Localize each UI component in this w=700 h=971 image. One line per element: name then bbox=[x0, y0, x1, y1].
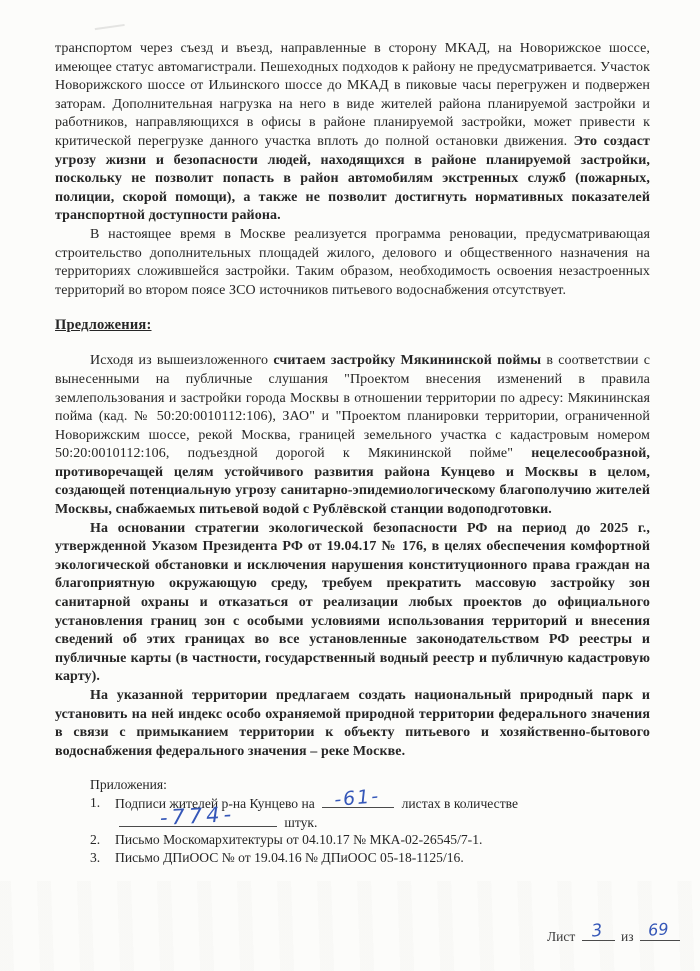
attachment-number: 3. bbox=[90, 849, 100, 867]
page-number-footer: Лист 3 из 69 bbox=[547, 928, 680, 945]
sheet-number-blank: 3 bbox=[582, 928, 615, 941]
attachment-number: 2. bbox=[90, 831, 100, 849]
attachment-item-dpioos-letter: 3. Письмо ДПиООС № от 19.04.16 № ДПиООС … bbox=[55, 849, 650, 867]
attachment-text-mid: листах в количестве bbox=[402, 796, 518, 811]
of-label: из bbox=[621, 929, 634, 944]
document-body: транспортом через съезд и въезд, направл… bbox=[55, 40, 650, 866]
attachment-item-signatures: 1. Подписи жителей р-на Кунцево на -61- … bbox=[55, 794, 650, 831]
paragraph-development-unreasonable: Исходя из вышеизложенного считаем застро… bbox=[55, 352, 650, 519]
paragraph-national-park-proposal: На указанной территории предлагаем созда… bbox=[55, 687, 650, 761]
paragraph-renovation-program: В настоящее время в Москве реализуется п… bbox=[55, 226, 650, 300]
paragraph-transport-load: транспортом через съезд и въезд, направл… bbox=[55, 40, 650, 226]
scanned-document-page: транспортом через съезд и въезд, направл… bbox=[0, 0, 700, 971]
scan-artifact-mark bbox=[95, 24, 126, 34]
sheet-number-handwritten: 3 bbox=[591, 921, 604, 942]
attachment-text: Письмо Москомархитектуры от 04.10.17 № М… bbox=[115, 832, 482, 847]
attachments-section: Приложения: 1. Подписи жителей р-на Кунц… bbox=[55, 776, 650, 866]
attachment-number: 1. bbox=[90, 794, 100, 812]
total-sheets-blank: 69 bbox=[640, 928, 680, 941]
signatures-count-handwritten: -774- bbox=[160, 806, 236, 828]
section-heading-proposals: Предложения: bbox=[55, 316, 650, 335]
attachment-text-post: штук. bbox=[284, 815, 317, 830]
attachment-text: Письмо ДПиООС № от 19.04.16 № ДПиООС 05-… bbox=[115, 850, 464, 865]
paragraph-demand-stop-construction: На основании стратегии экологической без… bbox=[55, 520, 650, 687]
total-sheets-handwritten: 69 bbox=[647, 919, 669, 939]
signatures-count-blank: -774- bbox=[119, 813, 277, 827]
sheets-count-blank: -61- bbox=[322, 794, 394, 808]
attachment-item-moskomarkhitektura-letter: 2. Письмо Москомархитектуры от 04.10.17 … bbox=[55, 831, 650, 849]
sheet-label: Лист bbox=[547, 929, 575, 944]
sheets-count-handwritten: -61- bbox=[334, 788, 381, 810]
